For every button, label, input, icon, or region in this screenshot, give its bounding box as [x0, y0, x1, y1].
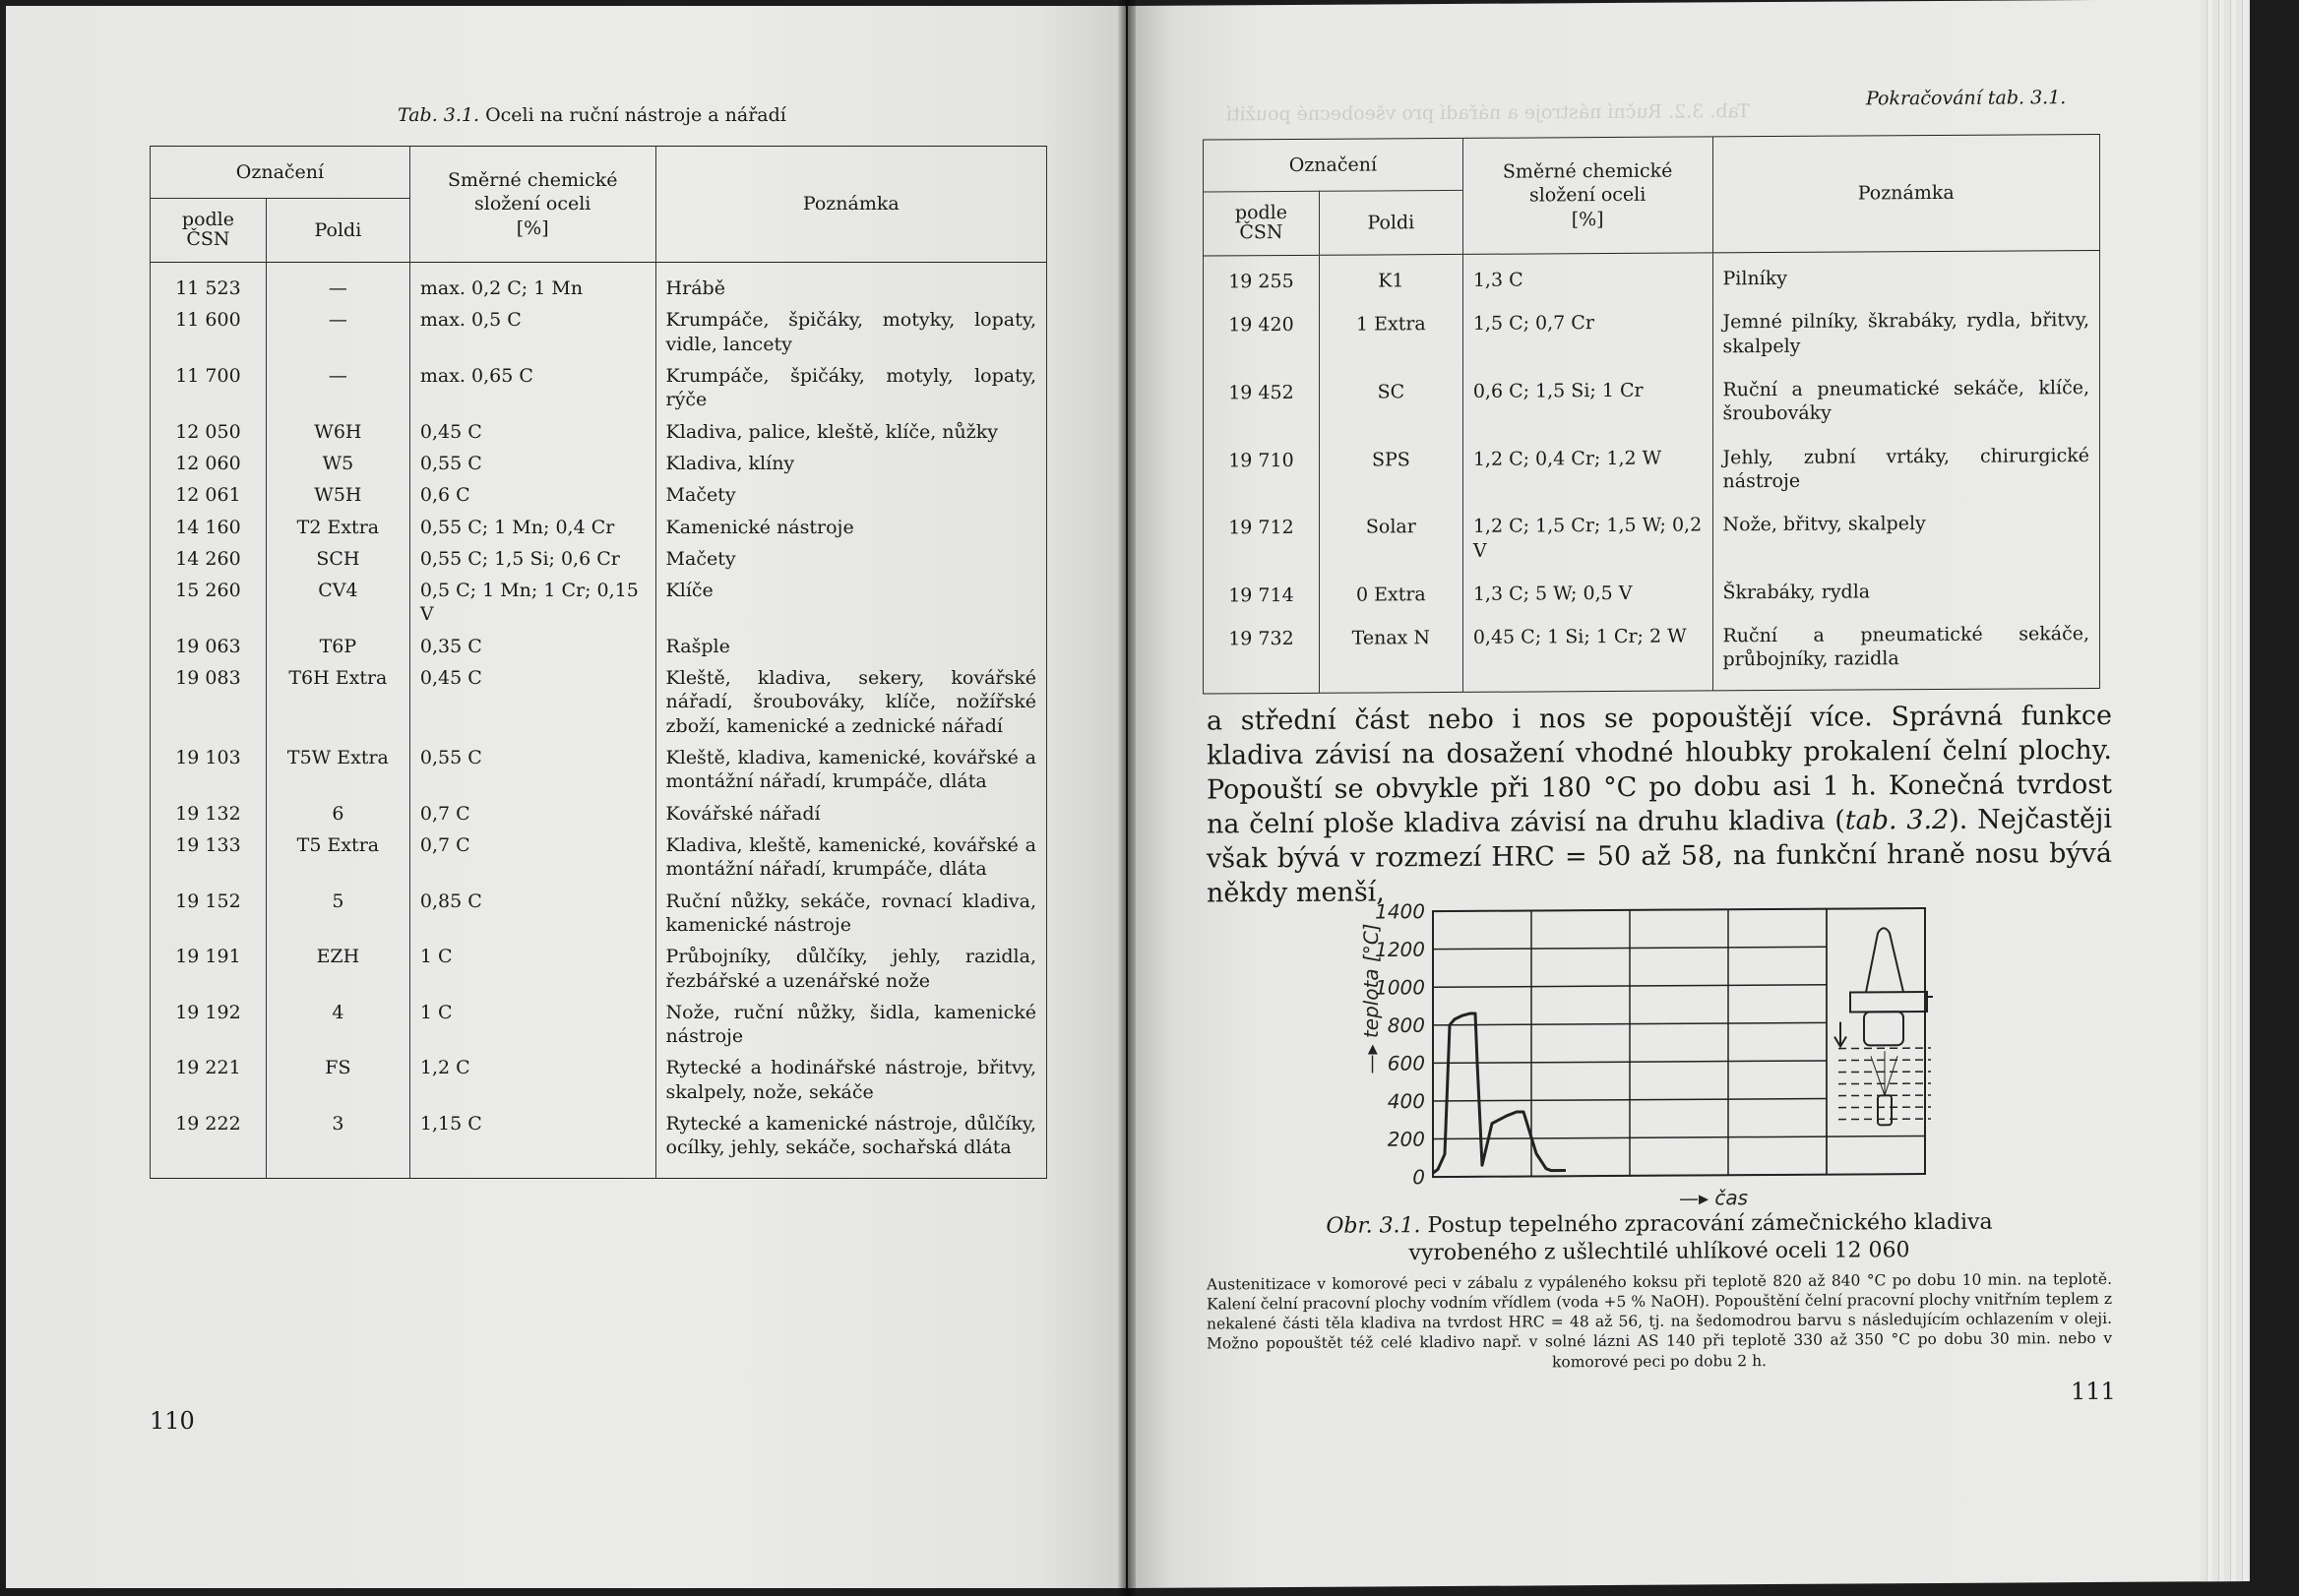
- poldi-cell: 1 Extra: [1319, 302, 1462, 371]
- figure-note: Austenitizace v komorové peci v zábalu z…: [1207, 1269, 2112, 1374]
- poldi-cell: 4: [266, 997, 409, 1053]
- csn-cell: 19 221: [151, 1052, 267, 1108]
- note-cell: Mačety: [655, 543, 1046, 575]
- note-cell: Krumpáče, špičáky, motyly, lopaty, rýče: [655, 360, 1046, 416]
- book-gutter: [1118, 0, 1136, 1596]
- note-cell: Rašple: [655, 631, 1046, 662]
- table-row: 19 22231,15 CRytecké a kamenické nástroj…: [151, 1108, 1047, 1178]
- table-row: 19 15250,85 CRuční nůžky, sekáče, rovnac…: [151, 886, 1047, 942]
- header-csn: podleČSN: [1204, 191, 1320, 256]
- header-poldi: Poldi: [266, 199, 409, 263]
- composition-cell: 1 C: [409, 941, 655, 997]
- composition-cell: 0,55 C; 1,5 Si; 0,6 Cr: [409, 543, 655, 575]
- table-row: 12 061W5H0,6 CMačety: [151, 479, 1047, 511]
- table-reference: tab. 3.2: [1845, 805, 1949, 836]
- composition-cell: 0,45 C: [409, 662, 655, 742]
- table-row: 19 732Tenax N0,45 C; 1 Si; 1 Cr; 2 WRučn…: [1204, 612, 2100, 694]
- composition-cell: 1,2 C; 1,5 Cr; 1,5 W; 0,2 V: [1462, 504, 1712, 573]
- note-cell: Průbojníky, důlčíky, jehly, razidla, řez…: [655, 941, 1046, 997]
- table-row: 11 523—max. 0,2 C; 1 MnHrábě: [151, 263, 1047, 305]
- csn-cell: 19 712: [1204, 506, 1320, 574]
- table-caption-text: Oceli na ruční nástroje a nářadí: [485, 104, 786, 126]
- poldi-cell: FS: [266, 1052, 409, 1108]
- composition-cell: max. 0,2 C; 1 Mn: [409, 263, 655, 305]
- composition-cell: 1 C: [409, 997, 655, 1053]
- composition-cell: 0,55 C: [409, 742, 655, 798]
- table-row: 14 260SCH0,55 C; 1,5 Si; 0,6 CrMačety: [151, 543, 1047, 575]
- composition-cell: 1,3 C: [1462, 253, 1712, 302]
- composition-cell: 1,3 C; 5 W; 0,5 V: [1462, 571, 1712, 616]
- header-designation: Označení: [1204, 138, 1463, 192]
- steel-table-left: Označení Směrné chemické složení oceli […: [150, 146, 1047, 1179]
- composition-cell: 0,45 C: [409, 416, 655, 448]
- csn-cell: 15 260: [151, 575, 267, 631]
- poldi-cell: 5: [266, 886, 409, 942]
- left-page: Tab. 3.1. Oceli na ruční nástroje a nářa…: [6, 6, 1126, 1588]
- poldi-cell: T6H Extra: [266, 662, 409, 742]
- csn-cell: 11 523: [151, 263, 267, 305]
- table-continuation-label: Pokračování tab. 3.1.: [1866, 87, 2066, 109]
- csn-cell: 19 063: [151, 631, 267, 662]
- csn-cell: 19 732: [1204, 617, 1320, 694]
- csn-cell: 19 710: [1204, 438, 1320, 506]
- header-composition: Směrné chemické složení oceli [%]: [409, 147, 655, 263]
- table-caption: Tab. 3.1. Oceli na ruční nástroje a nářa…: [398, 104, 786, 126]
- header-csn: podleČSN: [151, 199, 267, 263]
- composition-cell: max. 0,65 C: [409, 360, 655, 416]
- table-row: 19 710SPS1,2 C; 0,4 Cr; 1,2 WJehly, zubn…: [1204, 434, 2100, 507]
- table-row: 19 083T6H Extra0,45 CKleště, kladiva, se…: [151, 662, 1047, 742]
- header-designation: Označení: [151, 147, 410, 199]
- poldi-cell: SCH: [266, 543, 409, 575]
- note-cell: Jemné pilníky, škrabáky, rydla, břitvy, …: [1712, 298, 2100, 368]
- poldi-cell: SC: [1319, 370, 1462, 439]
- poldi-cell: 6: [266, 798, 409, 829]
- header-poldi: Poldi: [1319, 190, 1462, 255]
- note-cell: Ruční nůžky, sekáče, rovnací kladiva, ka…: [655, 886, 1046, 942]
- csn-cell: 11 700: [151, 360, 267, 416]
- poldi-cell: T2 Extra: [266, 512, 409, 543]
- composition-cell: 0,45 C; 1 Si; 1 Cr; 2 W: [1462, 614, 1712, 692]
- csn-cell: 14 260: [151, 543, 267, 575]
- composition-cell: 0,55 C: [409, 448, 655, 479]
- poldi-cell: K1: [1319, 254, 1462, 303]
- steel-table-right: Označení Směrné chemické složení oceli […: [1203, 134, 2100, 694]
- table-row: 19 063T6P0,35 CRašple: [151, 631, 1047, 662]
- poldi-cell: —: [266, 263, 409, 305]
- svg-text:400: 400: [1388, 1089, 1425, 1113]
- svg-text:800: 800: [1388, 1013, 1425, 1037]
- note-cell: Rytecké a hodinářské nástroje, břitvy, s…: [655, 1052, 1046, 1108]
- table-row: 14 160T2 Extra0,55 C; 1 Mn; 0,4 CrKameni…: [151, 512, 1047, 543]
- table-row: 19 4201 Extra1,5 C; 0,7 CrJemné pilníky,…: [1204, 298, 2100, 371]
- csn-cell: 19 132: [151, 798, 267, 829]
- csn-cell: 11 600: [151, 304, 267, 360]
- svg-text:200: 200: [1388, 1128, 1425, 1151]
- svg-text:—▸ teplota [°C]: —▸ teplota [°C]: [1359, 923, 1383, 1074]
- composition-cell: 0,6 C: [409, 479, 655, 511]
- csn-cell: 19 103: [151, 742, 267, 798]
- svg-text:600: 600: [1388, 1051, 1425, 1074]
- table-row: 19 191EZH1 CPrůbojníky, důlčíky, jehly, …: [151, 941, 1047, 997]
- poldi-cell: —: [266, 304, 409, 360]
- note-cell: Ruční a pneumatické sekáče, průbojníky, …: [1712, 612, 2100, 691]
- chart-svg: 0200400600800100012001400—▸ teplota [°C]…: [1352, 887, 1943, 1215]
- table-row: 12 050W6H0,45 CKladiva, palice, kleště, …: [151, 416, 1047, 448]
- poldi-cell: T5W Extra: [266, 742, 409, 798]
- table-row: 19 103T5W Extra0,55 CKleště, kladiva, ka…: [151, 742, 1047, 798]
- figure-caption: Obr. 3.1. Postup tepelného zpracování zá…: [1207, 1208, 2112, 1268]
- composition-cell: 0,5 C; 1 Mn; 1 Cr; 0,15 V: [409, 575, 655, 631]
- figure-heat-treatment-chart: 0200400600800100012001400—▸ teplota [°C]…: [1352, 887, 1943, 1215]
- table-row: 11 700—max. 0,65 CKrumpáče, špičáky, mot…: [151, 360, 1047, 416]
- composition-cell: 0,7 C: [409, 798, 655, 829]
- note-cell: Kladiva, palice, kleště, klíče, nůžky: [655, 416, 1046, 448]
- page-edges: [2201, 0, 2250, 1588]
- note-cell: Pilníky: [1712, 250, 2100, 300]
- csn-cell: 19 083: [151, 662, 267, 742]
- page-number-left: 110: [150, 1407, 195, 1435]
- poldi-cell: T5 Extra: [266, 829, 409, 886]
- composition-cell: 0,6 C; 1,5 Si; 1 Cr: [1462, 368, 1712, 437]
- note-cell: Kovářské nářadí: [655, 798, 1046, 829]
- composition-cell: 1,2 C; 0,4 Cr; 1,2 W: [1462, 436, 1712, 505]
- table-row: 19 13260,7 CKovářské nářadí: [151, 798, 1047, 829]
- csn-cell: 19 714: [1204, 574, 1320, 618]
- note-cell: Jehly, zubní vrtáky, chirurgické nástroj…: [1712, 434, 2100, 504]
- body-paragraph: a střední část nebo i nos se popouštějí …: [1207, 699, 2112, 911]
- csn-cell: 12 060: [151, 448, 267, 479]
- poldi-cell: Solar: [1319, 505, 1462, 574]
- table-row: 19 221FS1,2 CRytecké a hodinářské nástro…: [151, 1052, 1047, 1108]
- composition-cell: 1,15 C: [409, 1108, 655, 1178]
- csn-cell: 12 061: [151, 479, 267, 511]
- poldi-cell: EZH: [266, 941, 409, 997]
- table-row: 19 255K11,3 CPilníky: [1204, 250, 2100, 303]
- csn-cell: 19 255: [1204, 255, 1320, 304]
- table-row: 19 19241 CNože, ruční nůžky, šidla, kame…: [151, 997, 1047, 1053]
- csn-cell: 19 152: [151, 886, 267, 942]
- svg-text:0: 0: [1412, 1165, 1425, 1189]
- bleed-through-text: Tab. 3.2. Ruční nástroje a nářadí pro vš…: [1226, 100, 1750, 125]
- composition-cell: 0,7 C: [409, 829, 655, 886]
- csn-cell: 19 192: [151, 997, 267, 1053]
- poldi-cell: SPS: [1319, 437, 1462, 506]
- csn-cell: 12 050: [151, 416, 267, 448]
- note-cell: Nože, břitvy, skalpely: [1712, 501, 2100, 571]
- right-page: Tab. 3.2. Ruční nástroje a nářadí pro vš…: [1128, 0, 2250, 1588]
- poldi-cell: CV4: [266, 575, 409, 631]
- table-body-left: 11 523—max. 0,2 C; 1 MnHrábě11 600—max. …: [151, 263, 1047, 1179]
- poldi-cell: —: [266, 360, 409, 416]
- note-cell: Škrabáky, rydla: [1712, 569, 2100, 615]
- note-cell: Hrábě: [655, 263, 1046, 305]
- table-body-right: 19 255K11,3 CPilníky19 4201 Extra1,5 C; …: [1204, 250, 2100, 693]
- csn-cell: 19 222: [151, 1108, 267, 1178]
- poldi-cell: W6H: [266, 416, 409, 448]
- header-note: Poznámka: [655, 147, 1046, 263]
- page-number-right: 111: [2071, 1378, 2116, 1405]
- svg-text:1400: 1400: [1375, 899, 1425, 923]
- table-row: 12 060W50,55 CKladiva, klíny: [151, 448, 1047, 479]
- svg-text:—▸ čas: —▸ čas: [1679, 1186, 1748, 1209]
- composition-cell: 0,85 C: [409, 886, 655, 942]
- table-row: 19 452SC0,6 C; 1,5 Si; 1 CrRuční a pneum…: [1204, 366, 2100, 439]
- table-row: 15 260CV40,5 C; 1 Mn; 1 Cr; 0,15 VKlíče: [151, 575, 1047, 631]
- note-cell: Klíče: [655, 575, 1046, 631]
- note-cell: Mačety: [655, 479, 1046, 511]
- note-cell: Nože, ruční nůžky, šidla, kamenické nást…: [655, 997, 1046, 1053]
- poldi-cell: 3: [266, 1108, 409, 1178]
- csn-cell: 19 452: [1204, 371, 1320, 439]
- poldi-cell: Tenax N: [1319, 616, 1462, 693]
- csn-cell: 19 191: [151, 941, 267, 997]
- composition-cell: 1,2 C: [409, 1052, 655, 1108]
- note-cell: Kamenické nástroje: [655, 512, 1046, 543]
- note-cell: Kladiva, klíny: [655, 448, 1046, 479]
- hammer-quench-inset: [1834, 928, 1933, 1126]
- note-cell: Krumpáče, špičáky, motyky, lopaty, vidle…: [655, 304, 1046, 360]
- composition-cell: max. 0,5 C: [409, 304, 655, 360]
- composition-cell: 0,55 C; 1 Mn; 0,4 Cr: [409, 512, 655, 543]
- table-row: 19 133T5 Extra0,7 CKladiva, kleště, kame…: [151, 829, 1047, 886]
- poldi-cell: T6P: [266, 631, 409, 662]
- note-cell: Kladiva, kleště, kamenické, kovářské a m…: [655, 829, 1046, 886]
- note-cell: Kleště, kladiva, sekery, kovářské nářadí…: [655, 662, 1046, 742]
- csn-cell: 19 133: [151, 829, 267, 886]
- csn-cell: 19 420: [1204, 303, 1320, 371]
- table-row: 19 7140 Extra1,3 C; 5 W; 0,5 VŠkrabáky, …: [1204, 569, 2100, 618]
- table-row: 19 712Solar1,2 C; 1,5 Cr; 1,5 W; 0,2 VNo…: [1204, 501, 2100, 574]
- note-cell: Kleště, kladiva, kamenické, kovářské a m…: [655, 742, 1046, 798]
- poldi-cell: W5: [266, 448, 409, 479]
- composition-cell: 0,35 C: [409, 631, 655, 662]
- note-cell: Ruční a pneumatické sekáče, klíče, šroub…: [1712, 366, 2100, 436]
- table-caption-label: Tab. 3.1.: [398, 104, 479, 126]
- figure-label: Obr. 3.1.: [1326, 1213, 1420, 1239]
- poldi-cell: 0 Extra: [1319, 573, 1462, 617]
- composition-cell: 1,5 C; 0,7 Cr: [1462, 301, 1712, 370]
- header-note: Poznámka: [1712, 134, 2100, 252]
- table-row: 11 600—max. 0,5 CKrumpáče, špičáky, moty…: [151, 304, 1047, 360]
- csn-cell: 14 160: [151, 512, 267, 543]
- header-composition: Směrné chemické složení oceli [%]: [1462, 137, 1712, 255]
- poldi-cell: W5H: [266, 479, 409, 511]
- note-cell: Rytecké a kamenické nástroje, důlčíky, o…: [655, 1108, 1046, 1178]
